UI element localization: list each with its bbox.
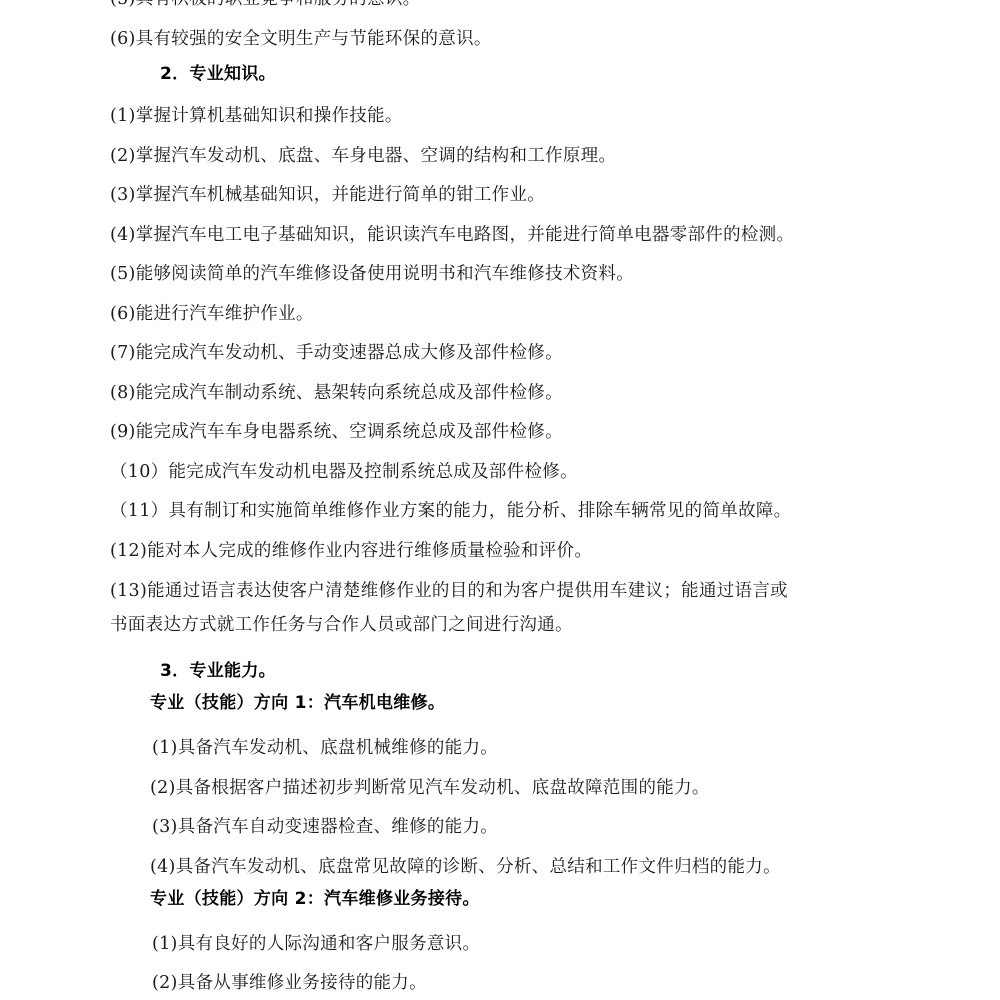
knowledge-item-9: (9)能完成汽车车身电器系统、空调系统总成及部件检修。 xyxy=(110,421,563,443)
knowledge-item-5: (5)能够阅读简单的汽车维修设备使用说明书和汽车维修技术资料。 xyxy=(110,263,634,285)
knowledge-item-4: (4)掌握汽车电工电子基础知识，能识读汽车电路图，并能进行简单电器零部件的检测。 xyxy=(110,224,794,246)
intro-item-5: (5)具有积极的职业竞争和服务的意识。 xyxy=(110,0,421,10)
direction-1-item-3: (3)具备汽车自动变速器检查、维修的能力。 xyxy=(152,816,498,838)
knowledge-item-2: (2)掌握汽车发动机、底盘、车身电器、空调的结构和工作原理。 xyxy=(110,145,616,167)
section-3-heading: 3．专业能力。 xyxy=(160,660,276,682)
knowledge-item-7: (7)能完成汽车发动机、手动变速器总成大修及部件检修。 xyxy=(110,342,563,364)
section-2-heading: 2．专业知识。 xyxy=(160,63,276,85)
knowledge-item-13: (13)能通过语言表达使客户清楚维修作业的目的和为客户提供用车建议；能通过语言或 xyxy=(110,580,788,602)
direction-1-item-1: (1)具备汽车发动机、底盘机械维修的能力。 xyxy=(152,737,498,759)
knowledge-item-11: （11）具有制订和实施简单维修作业方案的能力，能分析、排除车辆常见的简单故障。 xyxy=(110,500,791,522)
knowledge-item-1: (1)掌握计算机基础知识和操作技能。 xyxy=(110,105,403,127)
direction-2-item-1: (1)具有良好的人际沟通和客户服务意识。 xyxy=(152,933,480,955)
direction-1-heading: 专业（技能）方向 1：汽车机电维修。 xyxy=(150,692,445,714)
knowledge-item-8: (8)能完成汽车制动系统、悬架转向系统总成及部件检修。 xyxy=(110,382,563,404)
direction-1-item-2: (2)具备根据客户描述初步判断常见汽车发动机、底盘故障范围的能力。 xyxy=(150,777,710,799)
knowledge-item-3: (3)掌握汽车机械基础知识，并能进行简单的钳工作业。 xyxy=(110,184,545,206)
direction-1-item-4: (4)具备汽车发动机、底盘常见故障的诊断、分析、总结和工作文件归档的能力。 xyxy=(150,856,781,878)
knowledge-item-6: (6)能进行汽车维护作业。 xyxy=(110,303,314,325)
direction-2-item-2: (2)具备从事维修业务接待的能力。 xyxy=(152,972,427,994)
knowledge-item-12: (12)能对本人完成的维修作业内容进行维修质量检验和评价。 xyxy=(110,540,592,562)
direction-2-heading: 专业（技能）方向 2：汽车维修业务接待。 xyxy=(150,888,480,910)
intro-item-6: (6)具有较强的安全文明生产与节能环保的意识。 xyxy=(110,28,492,50)
knowledge-item-13-cont: 书面表达方式就工作任务与合作人员或部门之间进行沟通。 xyxy=(110,614,573,636)
knowledge-item-10: （10）能完成汽车发动机电器及控制系统总成及部件检修。 xyxy=(110,461,578,483)
